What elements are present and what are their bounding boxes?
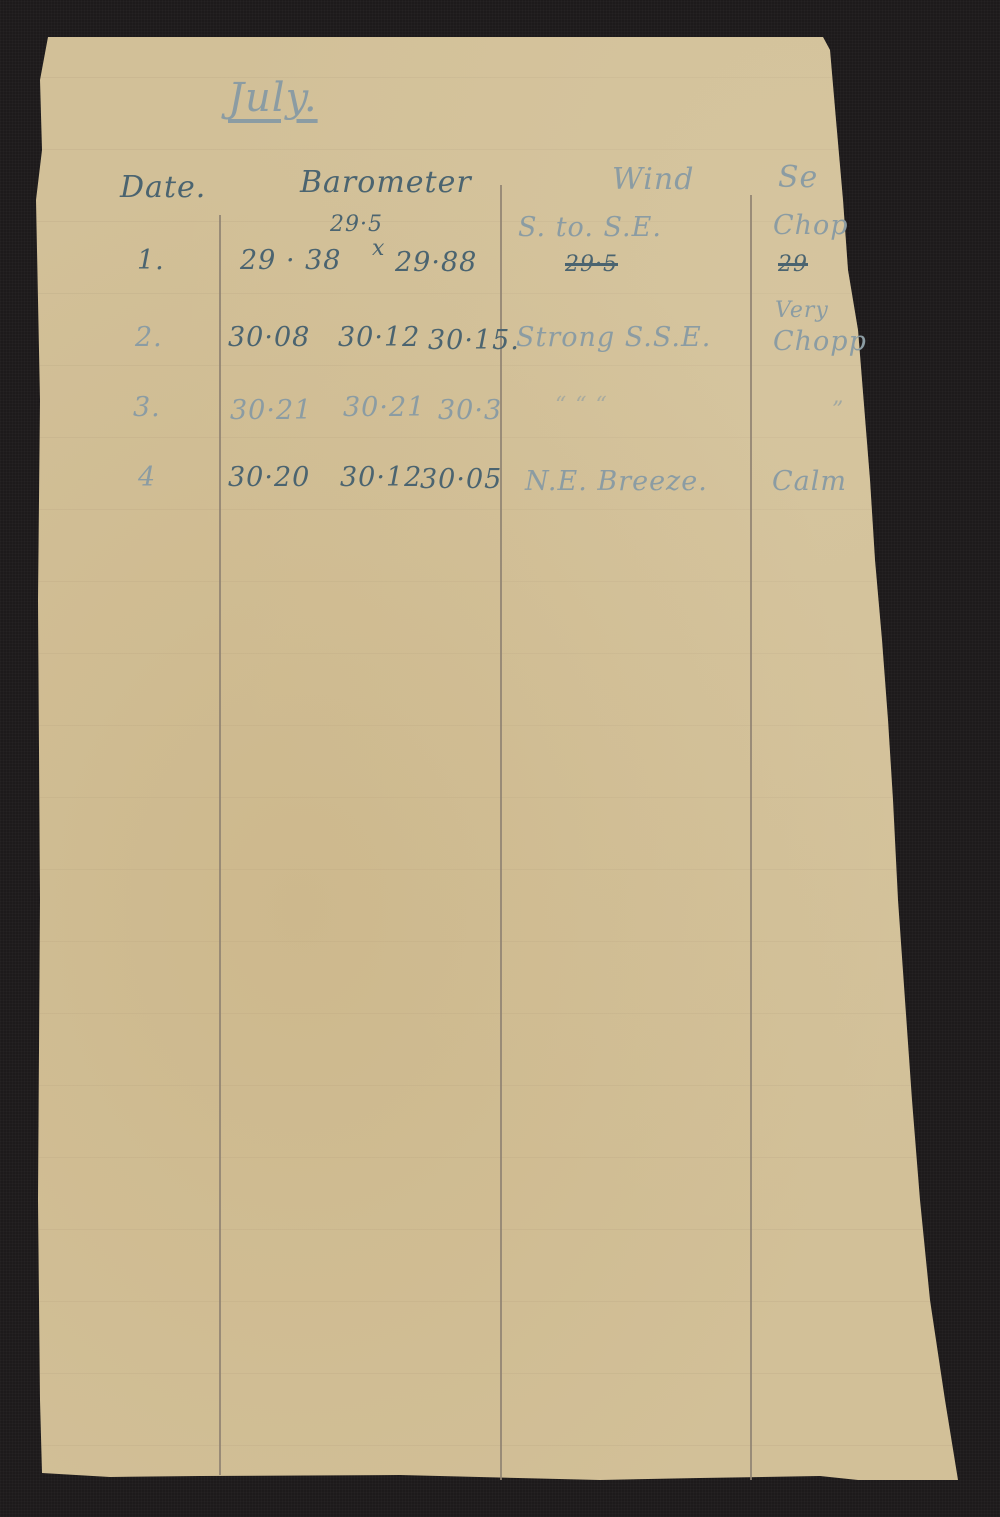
barometer-mark: x — [372, 236, 385, 261]
sea-ditto: ” — [832, 398, 844, 423]
wind-entry: N.E. Breeze. — [525, 466, 708, 497]
barometer-reading: 30·05 — [420, 464, 502, 495]
header-sea: Se — [778, 160, 818, 195]
barometer-reading: 29 · 38 — [240, 245, 341, 276]
row-date: 4 — [138, 462, 156, 493]
column-rule-wind — [750, 195, 752, 1480]
barometer-reading: 30·15. — [428, 325, 520, 356]
wind-struck-entry: 29·5 — [565, 252, 618, 277]
wind-ditto: “ “ “ — [555, 393, 608, 418]
row-date: 1. — [137, 245, 165, 276]
barometer-reading: 30·21 — [230, 395, 312, 426]
row-date: 3. — [133, 392, 161, 423]
sea-struck-entry: 29 — [778, 252, 808, 277]
column-rule-date — [219, 215, 221, 1475]
header-wind: Wind — [612, 162, 694, 197]
barometer-reading: 30·3 — [438, 395, 502, 426]
row-date: 2. — [135, 322, 163, 353]
wind-entry: Strong S.S.E. — [516, 322, 711, 353]
barometer-reading: 30·12 — [340, 462, 422, 493]
sea-entry: Calm — [772, 466, 847, 497]
barometer-reading: 30·20 — [228, 462, 310, 493]
sea-entry: Chopp — [773, 326, 867, 357]
barometer-reading: 30·21 — [343, 392, 425, 423]
barometer-reading: 29·88 — [395, 247, 477, 278]
column-rule-barometer — [500, 185, 502, 1480]
wind-entry: S. to. S.E. — [518, 212, 662, 243]
header-barometer: Barometer — [300, 165, 472, 200]
header-date: Date. — [120, 170, 206, 205]
barometer-reading: 30·08 — [228, 322, 310, 353]
barometer-note: 29·5 — [330, 212, 383, 237]
sea-entry: Chop — [773, 210, 849, 241]
page-title: July. — [228, 75, 318, 121]
sea-entry-line1: Very — [775, 298, 829, 323]
barometer-reading: 30·12 — [338, 322, 420, 353]
